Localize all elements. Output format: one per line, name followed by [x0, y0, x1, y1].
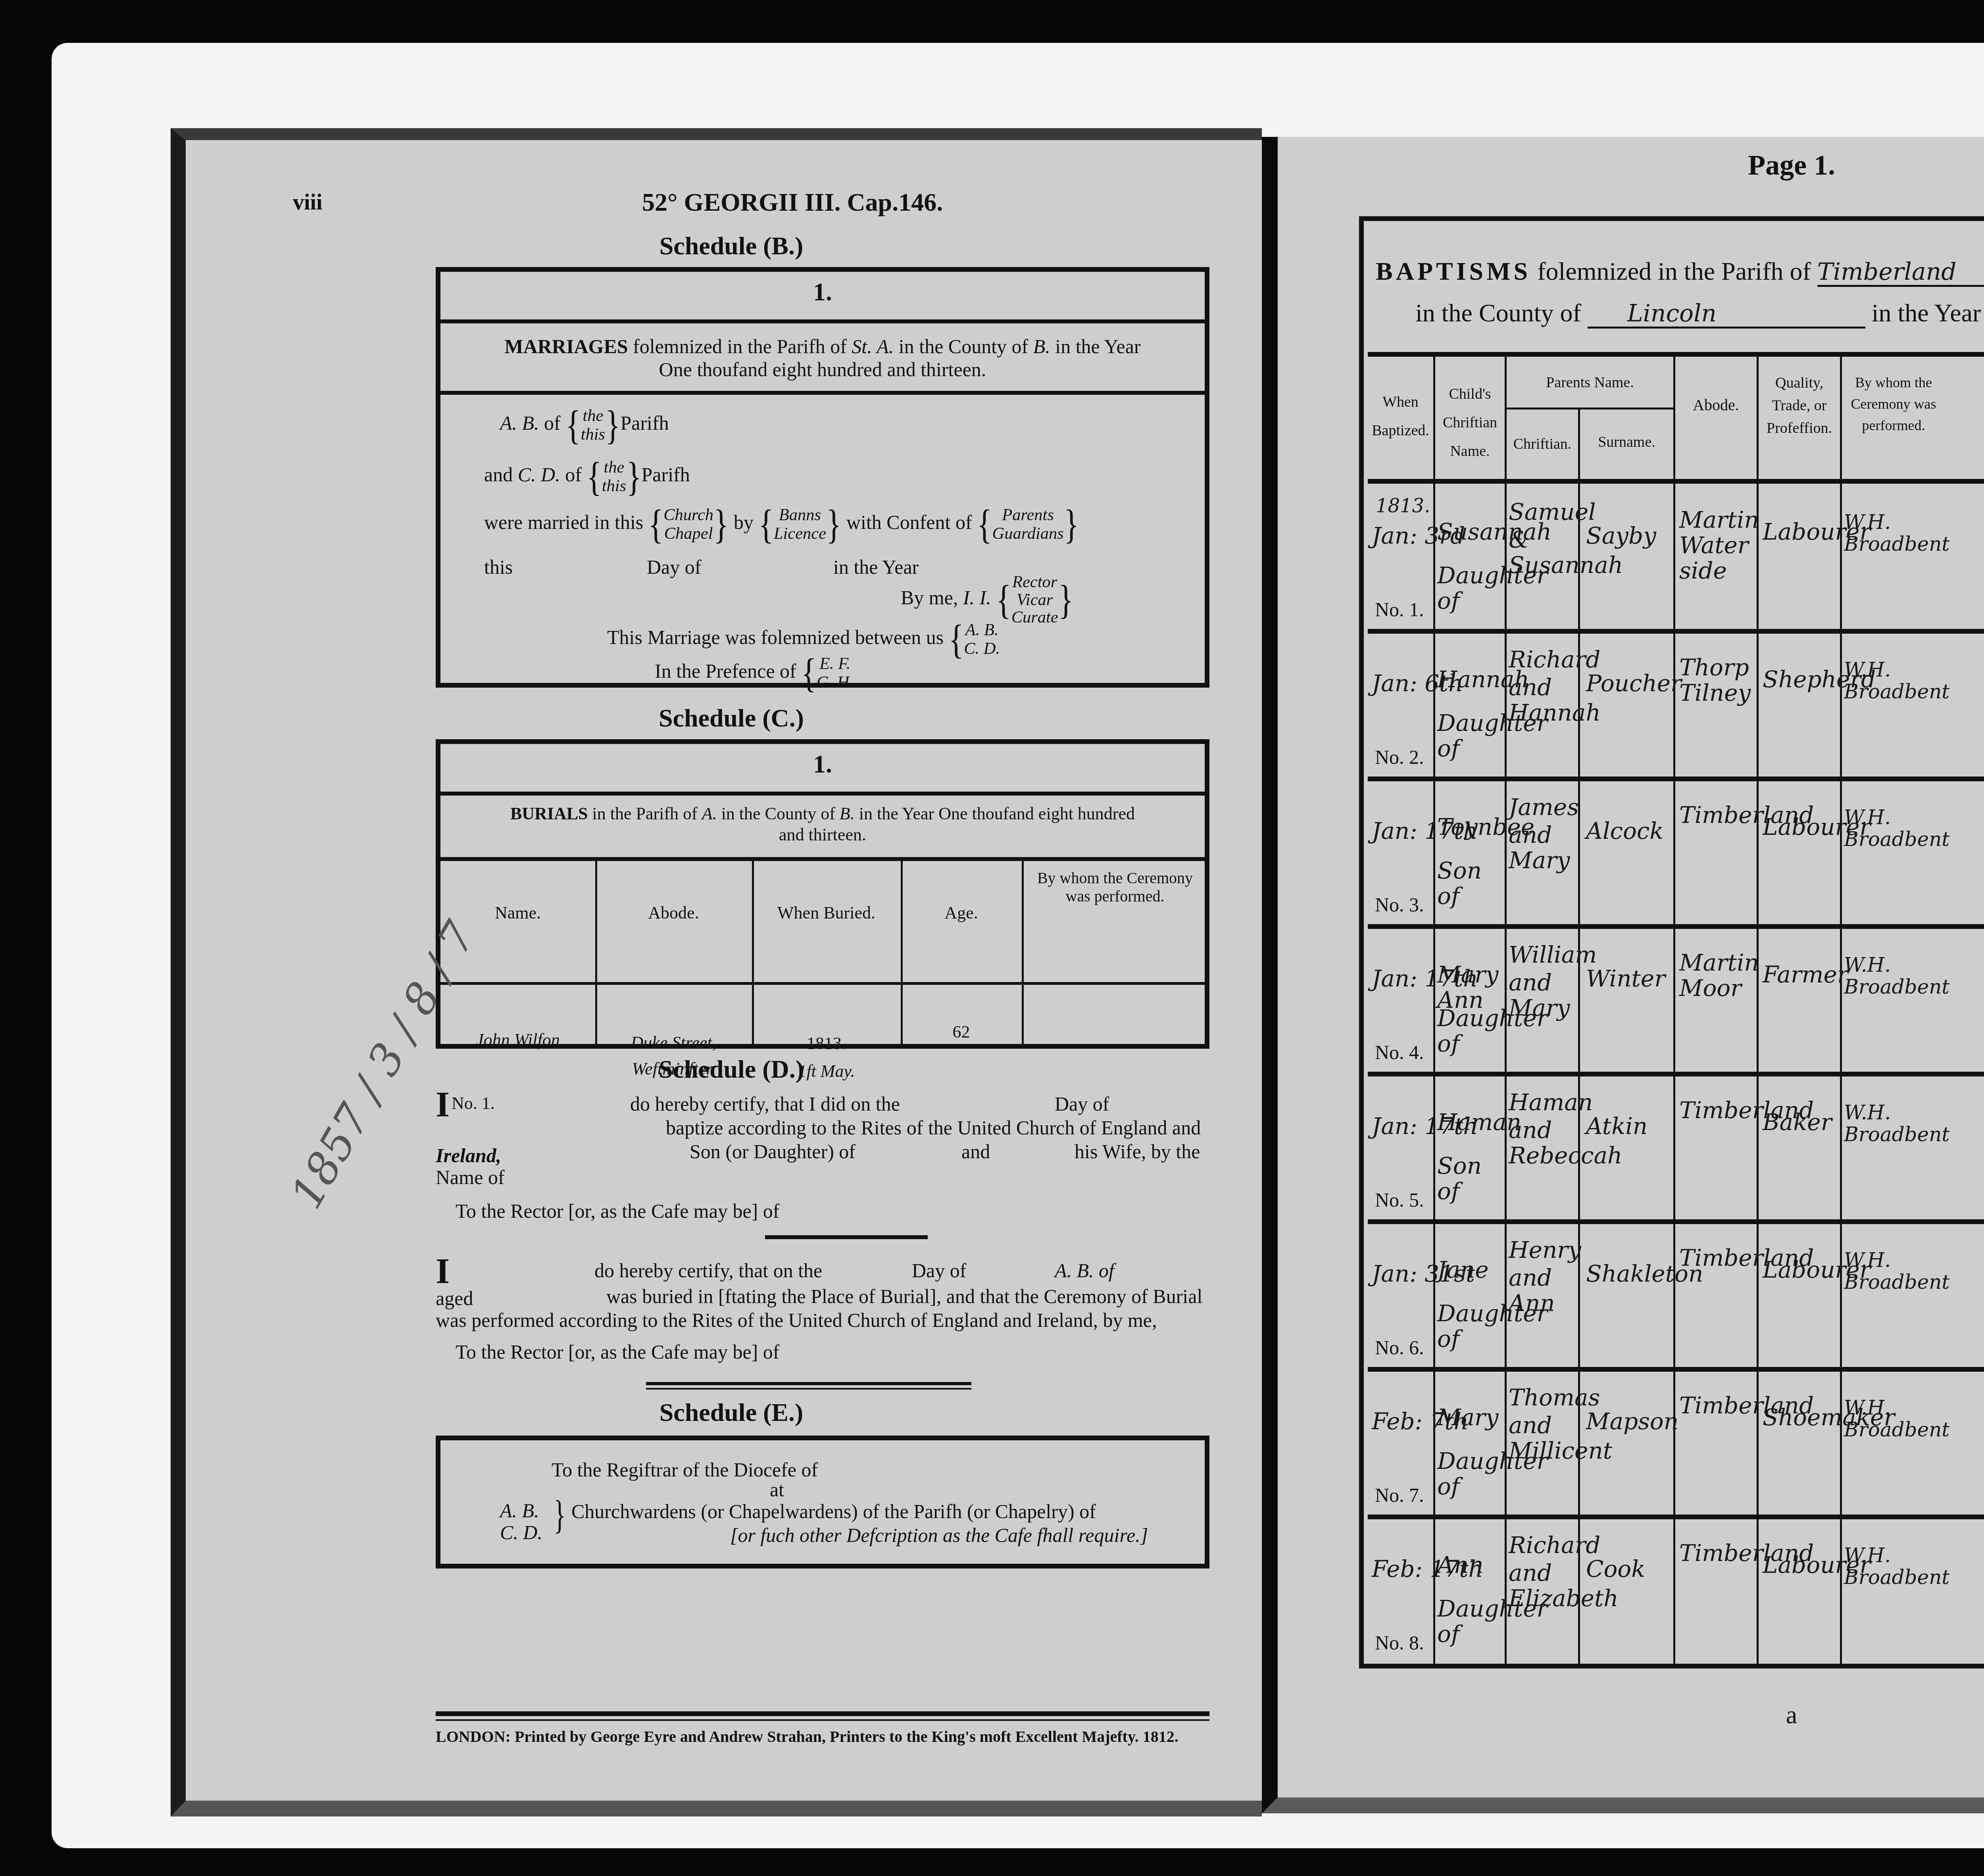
officiant-signature: W.H. Broadbent [1844, 659, 1945, 703]
surname: Mapson [1586, 1409, 1671, 1434]
cert-text: Day of [912, 1259, 966, 1282]
divider [440, 391, 1205, 395]
surname: Alcock [1586, 819, 1671, 844]
child-relation: Daughter of [1437, 1449, 1505, 1499]
mother-name: and Mary [1509, 970, 1578, 1021]
brace-icon: } [1058, 579, 1073, 621]
child-name: Jane [1437, 1257, 1505, 1283]
child-relation: Son of [1437, 858, 1505, 909]
officiant-signature: W.H. Broadbent [1844, 511, 1945, 555]
day-of-label: Day of [647, 555, 701, 579]
divider [646, 1388, 971, 1390]
child-relation: Daughter of [1437, 1301, 1505, 1352]
burials-heading: BURIALS in the Parifh of A. in the Count… [448, 803, 1197, 846]
by: by [734, 511, 754, 533]
surname: Atkin [1586, 1114, 1671, 1139]
brace-icon: } [1064, 504, 1079, 545]
drop-cap-i: I [436, 1084, 450, 1125]
column-header-christian: Chriftian. [1507, 435, 1578, 453]
divider [440, 982, 1205, 985]
entry-number: No. 1. [1375, 598, 1424, 621]
brace-icon: { [996, 579, 1011, 621]
quality: Labourer [1763, 1257, 1838, 1283]
brace-icon: { [759, 504, 774, 545]
divider [1507, 407, 1673, 409]
schedule-b-box: 1. MARRIAGES folemnized in the Parifh of… [436, 267, 1209, 688]
cert-text: baptize according to the Rites of the Un… [666, 1116, 1201, 1139]
page-title: Page 1. [1278, 149, 1984, 182]
wardens-initials: A. B.C. D. [500, 1500, 542, 1543]
drop-cap-i: I [436, 1251, 450, 1292]
divider [440, 857, 1205, 861]
column-header-by-whom: By whom the Ceremony was performed. [1842, 372, 1945, 436]
entry-number: No. 2. [1375, 746, 1424, 769]
quality: Shoemaker [1763, 1405, 1838, 1430]
of: of [565, 463, 582, 486]
brace-icon: { [949, 619, 964, 660]
burial-name: John Wilfon [440, 1030, 595, 1050]
father-name: Henry [1509, 1238, 1578, 1263]
burial-certificate: I do hereby certify, that on the Day of … [436, 1251, 1209, 1410]
schedule-e-box: To the Regiftrar of the Diocefe of at A.… [436, 1436, 1209, 1568]
father-name: James [1509, 795, 1578, 820]
cert-text: Day of [1055, 1092, 1109, 1115]
brace-icon: } [713, 504, 729, 545]
heading-text: folemnized in the Parifh of [628, 335, 852, 358]
brace-icon: { [648, 504, 663, 545]
heading-parish: St. A. [852, 335, 894, 358]
baptism-register-table: BAPTISMS folemnized in the Parifh of Tim… [1359, 216, 1984, 1668]
officiant-signature: W.H. Broadbent [1844, 1397, 1945, 1441]
column-header-parents-name: Parents Name. [1507, 374, 1673, 391]
county-field: Lincoln [1588, 300, 1865, 329]
surname: Cook [1586, 1557, 1671, 1582]
child-name: Ann [1437, 1553, 1505, 1578]
brace-icon: } [554, 1491, 566, 1538]
officiant-signature: W.H. Broadbent [1844, 1249, 1945, 1293]
brace-icon: { [586, 456, 602, 498]
father-name: William [1509, 942, 1578, 968]
presence-line: In the Prefence of {E. F.G. H. [655, 655, 854, 692]
divider [440, 792, 1205, 796]
child-relation: Daughter of [1437, 563, 1505, 614]
county-label: in the County of [1415, 299, 1581, 327]
column-header-surname: Surname. [1580, 433, 1673, 451]
heading-text: folemnized in the Parifh of [1531, 257, 1817, 285]
abode: Timberland [1679, 1393, 1755, 1419]
running-head: 52° GEORGII III. Cap.146. [642, 188, 943, 217]
child-relation: Daughter of [1437, 1006, 1505, 1057]
cert-text: and [961, 1140, 990, 1163]
divider [1368, 479, 1984, 484]
register-heading-line1: BAPTISMS folemnized in the Parifh of Tim… [1376, 257, 1984, 287]
cert-text: Name of [436, 1166, 505, 1189]
signature-mark: a [1278, 1700, 1984, 1730]
column-rule [595, 857, 597, 1044]
father-name: Samuel [1509, 500, 1578, 525]
marriages-word: MARRIAGES [504, 335, 628, 358]
column-header-child-name: Child's Chriftian Name. [1435, 380, 1505, 466]
description-line: [or fuch other Defcription as the Cafe f… [730, 1524, 1148, 1547]
cert-text: aged [436, 1287, 473, 1310]
schedule-b-number: 1. [440, 277, 1205, 307]
cert-text: his Wife, by the [1075, 1140, 1200, 1163]
printer-imprint: LONDON: Printed by George Eyre and Andre… [436, 1727, 1178, 1746]
quality: Shepherd [1763, 667, 1838, 692]
cert-text: Son (or Daughter) of [690, 1140, 856, 1163]
child-relation: Daughter of [1437, 1596, 1505, 1647]
divider [646, 1382, 971, 1385]
abode: Timberland [1679, 1098, 1755, 1123]
with-consent: with Confent of [846, 511, 972, 533]
child-relation: Daughter of [1437, 711, 1505, 761]
abode: Timberland [1679, 1541, 1755, 1566]
were-married: were married in this [484, 511, 643, 533]
ab-label: A. B. [500, 412, 539, 434]
surname: Shakleton [1586, 1261, 1671, 1287]
parish-word: Parifh [620, 412, 669, 434]
table-row: 1813.Jan: 3rdSusannahDaughter ofSamuel& … [1364, 484, 1984, 631]
right-page: Page 1. BAPTISMS folemnized in the Parif… [1262, 137, 1984, 1813]
table-row: Jan: 6thHannahDaughter ofRichardand Hann… [1364, 631, 1984, 779]
child-name: Hannah [1437, 667, 1505, 692]
table-row: Jan: 17thHamanSon ofHamanand RebeccahAtk… [1364, 1074, 1984, 1222]
cert-text: was buried in [ftating the Place of Buri… [606, 1285, 1202, 1308]
heading-text: in the Year [1050, 335, 1141, 358]
parish-word: Parifh [642, 463, 690, 486]
divider [1368, 352, 1984, 357]
parish-field: Timberland [1817, 259, 1984, 287]
cert-text: was performed according to the Rites of … [436, 1309, 1157, 1332]
marriages-heading: MARRIAGES folemnized in the Parifh of St… [452, 335, 1193, 381]
father-name: Richard [1509, 1533, 1578, 1558]
quality: Baker [1763, 1110, 1838, 1135]
cert-text: do hereby certify, that I did on the [630, 1092, 900, 1115]
entry-number: No. 6. [1375, 1336, 1424, 1359]
quality: Farmer [1763, 962, 1838, 988]
of: of [544, 412, 561, 434]
mother-name: & Susannah [1509, 527, 1578, 578]
brace-icon: } [626, 456, 641, 498]
column-rule [901, 857, 903, 1044]
surname: Winter [1586, 966, 1671, 992]
officiant-signature: W.H. Broadbent [1844, 1102, 1945, 1146]
officiant-signature: W.H. Broadbent [1844, 807, 1945, 850]
child-relation: Son of [1437, 1153, 1505, 1204]
cert-text: Ireland, [436, 1144, 501, 1167]
cert-addressee: To the Rector [or, as the Cafe may be] o… [456, 1340, 779, 1363]
abode: Timberland [1679, 1246, 1755, 1271]
abode: Martin Water side [1679, 507, 1755, 583]
quality: Labourer [1763, 519, 1838, 545]
year-label: in the Year 1813. [1872, 299, 1984, 327]
father-name: Haman [1509, 1090, 1578, 1115]
table-row: Jan: 17thToynbeeSon ofJamesand MaryAlcoc… [1364, 779, 1984, 926]
abode: Martin Moor [1679, 950, 1755, 1001]
entry-number: No. 5. [1375, 1188, 1424, 1211]
mother-name: and Millicent [1509, 1413, 1578, 1464]
child-name: Toynbee [1437, 815, 1505, 840]
divider [440, 319, 1205, 323]
child-name: Mary [1437, 1405, 1505, 1430]
mother-name: and Hannah [1509, 675, 1578, 726]
married-line: were married in this {ChurchChapel} by {… [484, 506, 1079, 543]
entry-number: No. 8. [1375, 1631, 1424, 1654]
mother-name: and Rebeccah [1509, 1118, 1578, 1169]
cert-text: A. B. of [1055, 1259, 1114, 1282]
column-header-abode: Abode. [1675, 396, 1757, 414]
at-label: at [770, 1478, 784, 1501]
column-rule [752, 857, 754, 1044]
register-heading-line2: in the County of Lincoln in the Year 181… [1415, 298, 1984, 329]
table-row: Jan: 17thMary AnnDaughter ofWilliamand M… [1364, 926, 1984, 1074]
schedule-e-title: Schedule (E.) [186, 1398, 1277, 1427]
officiant-signature: W.H. Broadbent [1844, 954, 1945, 998]
schedule-c-number: 1. [440, 750, 1205, 779]
this-label: this [484, 555, 513, 579]
cert-text: do hereby certify, that on the [594, 1259, 822, 1282]
mother-name: and Ann [1509, 1265, 1578, 1316]
brace-icon: { [801, 653, 816, 694]
and: and [484, 463, 513, 486]
surname: Poucher [1586, 671, 1671, 696]
brace-icon: } [826, 504, 841, 545]
table-row: Feb: 17thAnnDaughter ofRichardand Elizab… [1364, 1517, 1984, 1665]
child-name: Haman [1437, 1110, 1505, 1135]
churchwardens-line: Churchwardens (or Chapelwardens) of the … [571, 1500, 1096, 1523]
divider [436, 1719, 1209, 1721]
brace-icon: { [977, 504, 992, 545]
column-header-age: Age. [901, 903, 1022, 923]
officiant-signature: W.H. Broadbent [1844, 1545, 1945, 1588]
column-header-abode: Abode. [595, 903, 752, 923]
heading-county: B. [1033, 335, 1050, 358]
cert-addressee: To the Rector [or, as the Cafe may be] o… [456, 1199, 779, 1222]
cd-line: and C. D. of {thethis}Parifh [484, 458, 690, 496]
table-row: Feb: 7thMaryDaughter ofThomasand Millice… [1364, 1369, 1984, 1517]
brace-icon: } [605, 405, 620, 446]
burial-age: 62 [901, 1022, 1022, 1042]
ab-line: A. B. of {thethis}Parifh [500, 407, 669, 444]
column-header-when-buried: When Buried. [752, 903, 901, 923]
child-name: Susannah [1437, 519, 1505, 545]
entry-number: No. 3. [1375, 893, 1424, 916]
column-rule [1022, 857, 1024, 1044]
mother-name: and Mary [1509, 823, 1578, 873]
father-name: Thomas [1509, 1385, 1578, 1411]
table-row: Jan: 31stJaneDaughter ofHenryand AnnShak… [1364, 1222, 1984, 1369]
father-name: Richard [1509, 647, 1578, 673]
baptism-certificate: I do hereby certify, that I did on the D… [436, 1084, 1209, 1263]
schedule-c-title: Schedule (C.) [186, 703, 1277, 733]
left-page: viii 52° GEORGII III. Cap.146. Schedule … [171, 128, 1262, 1816]
divider [436, 1711, 1209, 1716]
quality: Labourer [1763, 1553, 1838, 1578]
heading-line2: One thoufand eight hundred and thirteen. [659, 358, 986, 381]
baptisms-word: BAPTISMS [1376, 257, 1531, 285]
cd-label: C. D. [518, 463, 560, 486]
quality: Labourer [1763, 815, 1838, 840]
mother-name: and Elizabeth [1509, 1561, 1578, 1611]
page-number: viii [293, 190, 323, 215]
divider [765, 1235, 928, 1239]
by-me-line: By me, I. I. {RectorVicarCurate} [901, 573, 1073, 627]
abode: Thorp Tilney [1679, 655, 1755, 706]
entry-number: No. 7. [1375, 1484, 1424, 1507]
baptism-year: 1813. [1376, 496, 1430, 517]
column-header-by-whom: By whom the Ceremony was performed. [1028, 869, 1202, 905]
entry-number: No. 4. [1375, 1041, 1424, 1064]
schedule-b-title: Schedule (B.) [186, 231, 1277, 261]
heading-text: in the County of [894, 335, 1033, 358]
column-header-quality: Quality, Trade, or Profeffion. [1759, 372, 1840, 440]
column-header-name: Name. [440, 903, 595, 923]
column-header-when-baptized: When Baptized. [1368, 388, 1433, 445]
abode: Timberland [1679, 803, 1755, 828]
surname: Sayby [1586, 523, 1671, 549]
brace-icon: { [565, 405, 581, 446]
schedule-c-box: 1. BURIALS in the Parifh of A. in the Co… [436, 739, 1209, 1049]
